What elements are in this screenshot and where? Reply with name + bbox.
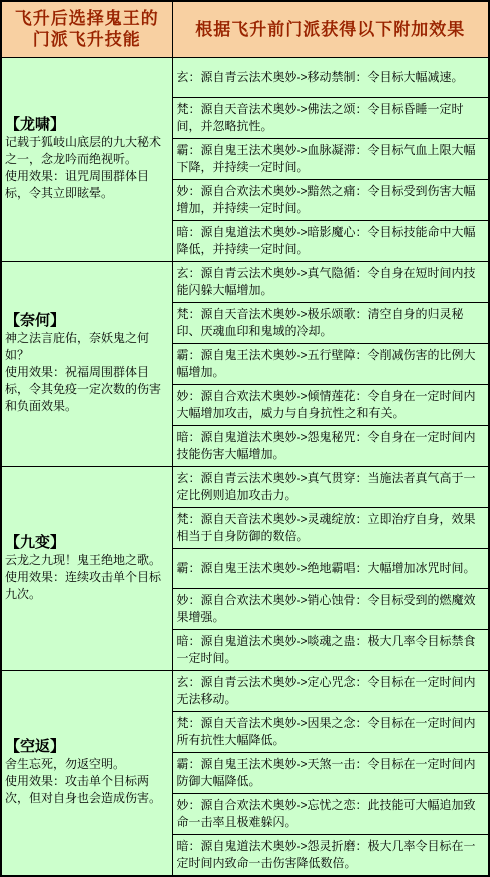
effect-cell-an: 暗：源自鬼道法术奥妙->怨鬼秘咒：令自身在一定时间内技能伤害大幅增加。 — [172, 425, 489, 466]
effect-cell-an: 暗：源自鬼道法术奥妙->怨灵折磨：极大几率令目标在一定时间内致命一击伤害降低数倍… — [172, 834, 489, 876]
effect-cell-xuan: 玄：源自青云法术奥妙->真气隐循：令自身在短时间内技能闪躲大幅增加。 — [172, 261, 489, 302]
effect-cell-an: 暗：源自鬼道法术奥妙->啖魂之蛊：极大几率令目标禁食一定时间。 — [172, 629, 489, 670]
header-right-column-title: 根据飞升前门派获得以下附加效果 — [172, 1, 489, 57]
skill-usage: 使用效果：攻击单个目标两次，但对自身也会造成伤害。 — [5, 773, 169, 807]
skill-usage: 使用效果：诅咒周围群体目标，令其立即眩晕。 — [5, 168, 169, 202]
effect-cell-xuan: 玄：源自青云法术奥妙->移动禁制：令目标大幅减速。 — [172, 57, 489, 97]
table-row: 【奈何】 神之法言庇佑，奈妖鬼之何如？ 使用效果：祝福周围群体目标，令其免疫一定… — [1, 261, 489, 302]
table-row: 【龙啸】 记载于狐岐山底层的九大秘术之一，念龙吟而绝视听。 使用效果：诅咒周围群… — [1, 57, 489, 97]
ghost-king-ascension-skill-table: 飞升后选择鬼王的 门派飞升技能 根据飞升前门派获得以下附加效果 【龙啸】 记载于… — [0, 0, 490, 877]
effect-cell-ba: 霸：源自鬼王法术奥妙->五行壁障：令削减伤害的比例大幅增加。 — [172, 343, 489, 384]
skill-title: 【奈何】 — [5, 312, 169, 329]
effect-cell-an: 暗：源自鬼道法术奥妙->暗影魔心：令目标技能命中大幅降低，并持续一定时间。 — [172, 220, 489, 261]
effect-cell-miao: 妙：源自合欢法术奥妙->黯然之痛：令目标受到伤害大幅增加，并持续一定时间。 — [172, 179, 489, 220]
skill-flavor: 舍生忘死，勿返空明。 — [5, 756, 169, 773]
skill-cell-naihe: 【奈何】 神之法言庇佑，奈妖鬼之何如？ 使用效果：祝福周围群体目标，令其免疫一定… — [1, 261, 172, 466]
effect-cell-miao: 妙：源自合欢法术奥妙->销心蚀骨：令目标受到的燃魔效果增强。 — [172, 588, 489, 629]
skill-title: 【龙啸】 — [5, 116, 169, 133]
skill-flavor: 云龙之九现！鬼王绝地之歌。 — [5, 552, 169, 569]
effect-cell-fan: 梵：源自天音法术奥妙->因果之念：令目标在一定时间内所有抗性大幅降低。 — [172, 711, 489, 752]
effect-cell-ba: 霸：源自鬼王法术奥妙->血脉凝滞：令目标气血上限大幅下降，并持续一定时间。 — [172, 138, 489, 179]
effect-cell-miao: 妙：源自合欢法术奥妙->忘忧之恋：此技能可大幅追加致命一击率且极难躲闪。 — [172, 793, 489, 834]
skill-usage: 使用效果：祝福周围群体目标，令其免疫一定次数的伤害和负面效果。 — [5, 364, 169, 415]
skill-flavor: 神之法言庇佑，奈妖鬼之何如？ — [5, 330, 169, 364]
effect-cell-ba: 霸：源自鬼王法术奥妙->天煞一击：令目标在一定时间内防御大幅降低。 — [172, 752, 489, 793]
effect-cell-xuan: 玄：源自青云法术奥妙->真气贯穿：当施法者真气高于一定比例则追加攻击力。 — [172, 466, 489, 507]
effect-cell-miao: 妙：源自合欢法术奥妙->倾情莲花：令自身在一定时间内大幅增加攻击，威力与自身抗性… — [172, 384, 489, 425]
skill-cell-jiubian: 【九变】 云龙之九现！鬼王绝地之歌。 使用效果：连续攻击单个目标九次。 — [1, 466, 172, 670]
skill-title: 【空返】 — [5, 738, 169, 755]
effect-cell-xuan: 玄：源自青云法术奥妙->定心咒念：令目标在一定时间内无法移动。 — [172, 670, 489, 711]
table-row: 【空返】 舍生忘死，勿返空明。 使用效果：攻击单个目标两次，但对自身也会造成伤害… — [1, 670, 489, 711]
effect-cell-fan: 梵：源自天音法术奥妙->极乐颂歌：清空自身的归灵秘印、厌魂血印和鬼域的冷却。 — [172, 302, 489, 343]
skill-title: 【九变】 — [5, 534, 169, 551]
effect-cell-ba: 霸：源自鬼王法术奥妙->绝地霸唱：大幅增加冰咒时间。 — [172, 548, 489, 588]
table-row: 【九变】 云龙之九现！鬼王绝地之歌。 使用效果：连续攻击单个目标九次。 玄：源自… — [1, 466, 489, 507]
header-left-column-title: 飞升后选择鬼王的 门派飞升技能 — [1, 1, 172, 57]
effect-cell-fan: 梵：源自天音法术奥妙->灵魂绽放：立即治疗自身，效果相当于自身防御的数倍。 — [172, 507, 489, 548]
skill-flavor: 记载于狐岐山底层的九大秘术之一，念龙吟而绝视听。 — [5, 134, 169, 168]
skill-usage: 使用效果：连续攻击单个目标九次。 — [5, 569, 169, 603]
effect-cell-fan: 梵：源自天音法术奥妙->佛法之颂：令目标昏睡一定时间，并忽略抗性。 — [172, 97, 489, 138]
skill-cell-kongfan: 【空返】 舍生忘死，勿返空明。 使用效果：攻击单个目标两次，但对自身也会造成伤害… — [1, 670, 172, 876]
header-row: 飞升后选择鬼王的 门派飞升技能 根据飞升前门派获得以下附加效果 — [1, 1, 489, 57]
skill-cell-longxiao: 【龙啸】 记载于狐岐山底层的九大秘术之一，念龙吟而绝视听。 使用效果：诅咒周围群… — [1, 57, 172, 261]
